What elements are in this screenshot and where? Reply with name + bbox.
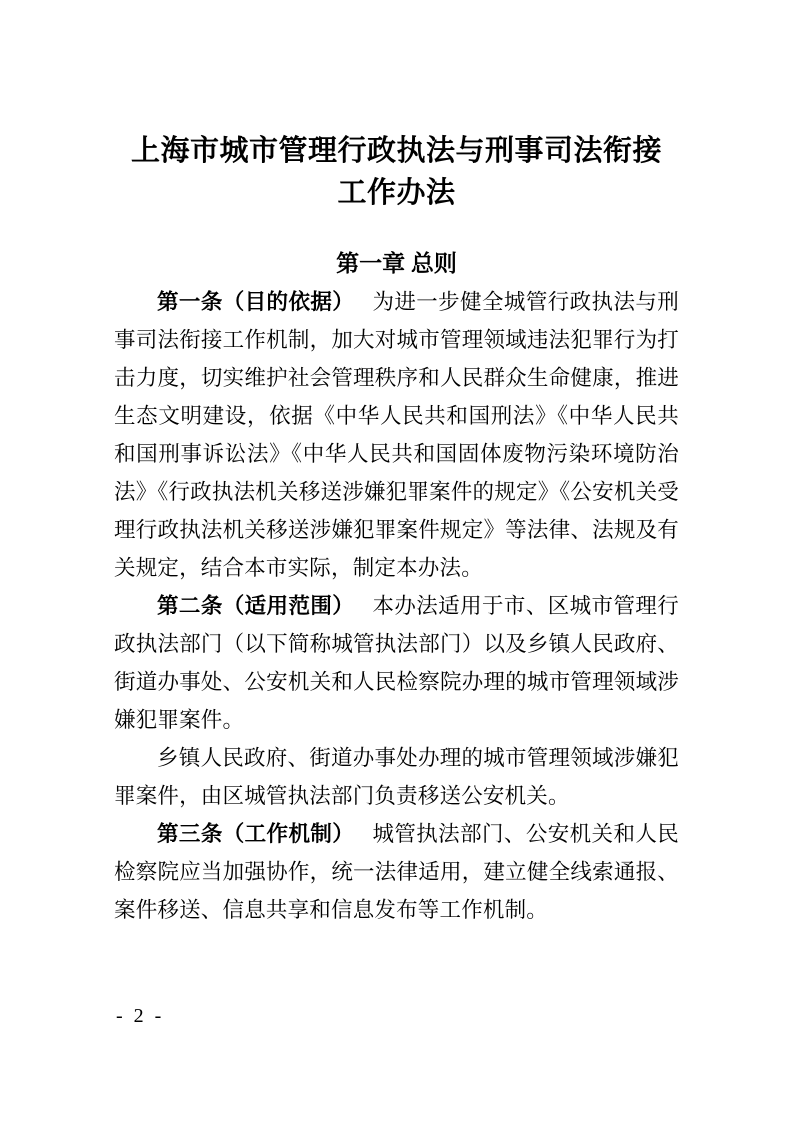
document-title-line-1: 上海市城市管理行政执法与刑事司法衔接 [0,130,793,172]
article-1-text: 为进一步健全城管行政执法与刑事司法衔接工作机制，加大对城市管理领域违法犯罪行为打… [114,290,679,580]
article-2b-text: 乡镇人民政府、街道办事处办理的城市管理领域涉嫌犯罪案件，由区城管执法部门负责移送… [114,746,679,808]
paragraph-article-2: 第二条（适用范围）本办法适用于市、区城市管理行政执法部门（以下简称城管执法部门）… [114,587,679,739]
document-page: 上海市城市管理行政执法与刑事司法衔接 工作办法 第一章 总则 第一条（目的依据）… [0,0,793,1122]
page-number: - 2 - [116,1002,164,1030]
paragraph-article-1: 第一条（目的依据）为进一步健全城管行政执法与刑事司法衔接工作机制，加大对城市管理… [114,283,679,587]
paragraph-article-3: 第三条（工作机制）城管执法部门、公安机关和人民检察院应当加强协作，统一法律适用，… [114,815,679,929]
document-title: 上海市城市管理行政执法与刑事司法衔接 工作办法 [0,0,793,214]
paragraph-article-2-continuation: 乡镇人民政府、街道办事处办理的城市管理领域涉嫌犯罪案件，由区城管执法部门负责移送… [114,739,679,815]
article-2-lead: 第二条（适用范围） [157,594,354,618]
article-1-lead: 第一条（目的依据） [157,290,354,314]
document-body: 第一条（目的依据）为进一步健全城管行政执法与刑事司法衔接工作机制，加大对城市管理… [114,283,679,929]
chapter-heading: 第一章 总则 [0,250,793,278]
document-title-line-2: 工作办法 [0,172,793,214]
article-3-lead: 第三条（工作机制） [157,822,354,846]
